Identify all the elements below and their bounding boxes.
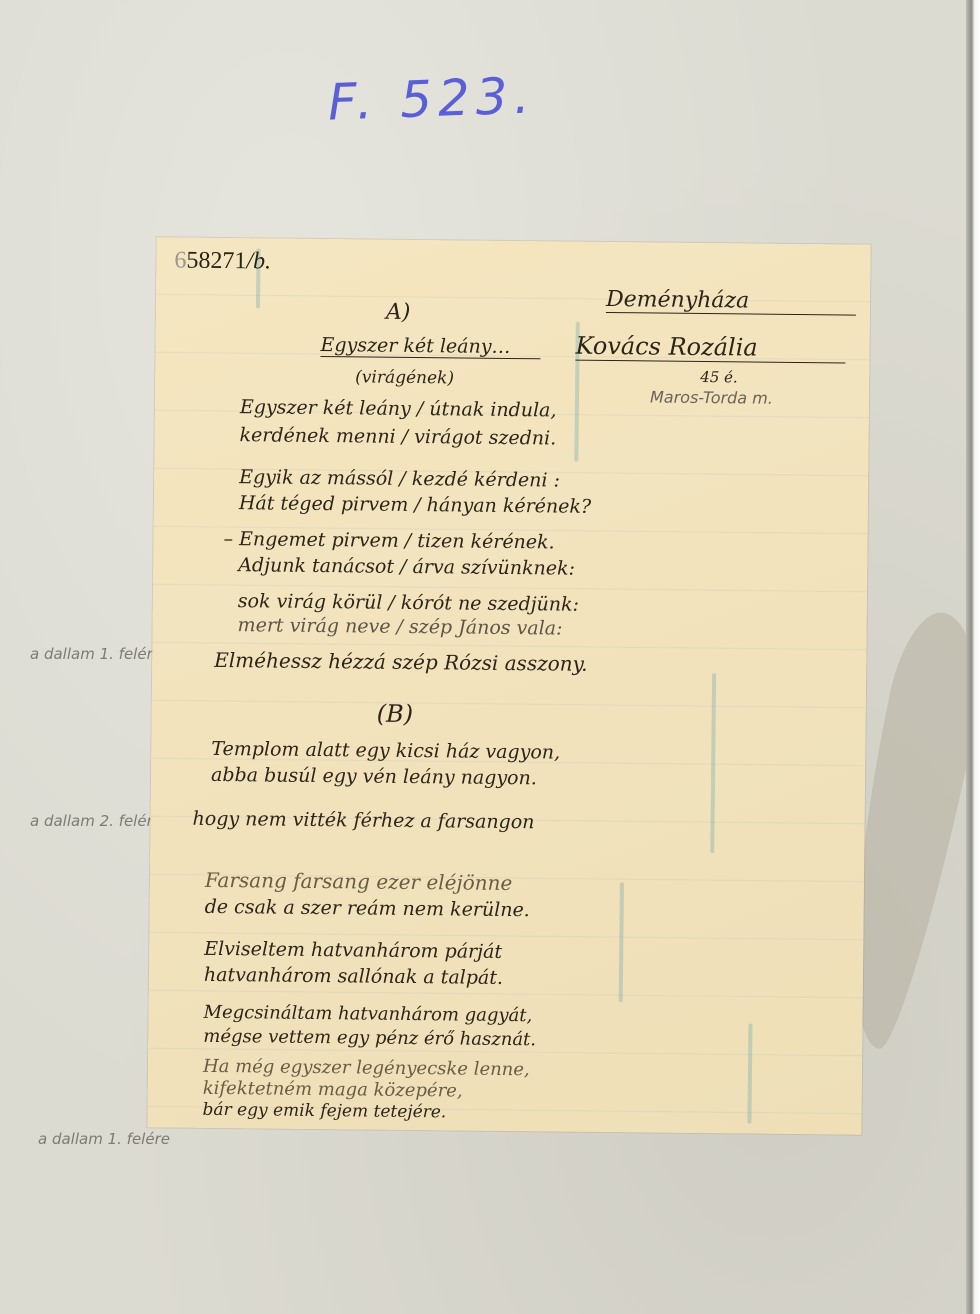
song-title: Egyszer két leány… bbox=[320, 334, 540, 359]
ink-streak bbox=[710, 673, 716, 853]
verse-line: Templom alatt egy kicsi ház vagyon, bbox=[211, 738, 560, 764]
verse-line: kifektetném maga közepére, bbox=[203, 1078, 463, 1102]
verse-line: bár egy emik fejem tetejére. bbox=[202, 1100, 446, 1123]
catalog-mark: F. 523. bbox=[327, 66, 536, 131]
verse-line: – Engemet pirvem / tizen kérének. bbox=[223, 528, 554, 553]
verse-line: mégse vettem egy pénz érő hasznát. bbox=[203, 1026, 536, 1050]
village-name: Deményháza bbox=[606, 287, 856, 316]
refrain-line: Elméhessz hézzá szép Rózsi asszony. bbox=[214, 648, 588, 676]
inventory-stamp: 658271/b. bbox=[174, 247, 271, 275]
verse-line: Megcsináltam hatvanhárom gagyát, bbox=[203, 1002, 532, 1026]
scan-edge bbox=[966, 0, 980, 1314]
singer-name: Kovács Rozália bbox=[575, 332, 845, 364]
manuscript-sheet: 658271/b. Deményháza Kovács Rozália 45 é… bbox=[147, 237, 870, 1134]
verse-line: sok virág körül / kórót ne szedjünk: bbox=[238, 590, 579, 616]
county: Maros-Torda m. bbox=[650, 387, 773, 407]
verse-line: kerdének menni / virágot szedni. bbox=[239, 424, 556, 449]
verse-line: Adjunk tanácsot / árva szívünknek: bbox=[238, 554, 575, 580]
section-b-label: (B) bbox=[377, 700, 414, 728]
verse-line: Egyszer két leány / útnak indula, bbox=[240, 396, 557, 421]
verse-line: Ha még egyszer legényecske lenne, bbox=[203, 1056, 530, 1080]
section-a-label: A) bbox=[386, 300, 411, 325]
margin-note-3: a dallam 1. felére bbox=[38, 1130, 170, 1148]
margin-note-2: a dallam 2. felére bbox=[30, 812, 162, 830]
verse-line: Hát téged pirvem / hányan kérének? bbox=[239, 492, 591, 518]
verse-line: hogy nem vitték férhez a farsangon bbox=[192, 808, 534, 834]
margin-note-1: a dallam 1. felére bbox=[30, 645, 162, 663]
verse-line: Farsang farsang ezer eléjönne bbox=[205, 868, 513, 895]
verse-line: abba busúl egy vén leány nagyon. bbox=[211, 764, 537, 789]
verse-line: mert virág neve / szép János vala: bbox=[238, 614, 563, 639]
verse-line: Egyik az mássól / kezdé kérdeni : bbox=[239, 466, 560, 491]
verse-line: Elviseltem hatvanhárom párját bbox=[204, 938, 502, 963]
singer-age: 45 é. bbox=[700, 368, 738, 386]
ink-streak bbox=[619, 882, 624, 1002]
song-genre: (virágének) bbox=[355, 367, 454, 388]
ink-streak bbox=[747, 1024, 752, 1124]
verse-line: de csak a szer reám nem kerülne. bbox=[205, 896, 530, 921]
verse-line: hatvanhárom sallónak a talpát. bbox=[204, 964, 503, 989]
